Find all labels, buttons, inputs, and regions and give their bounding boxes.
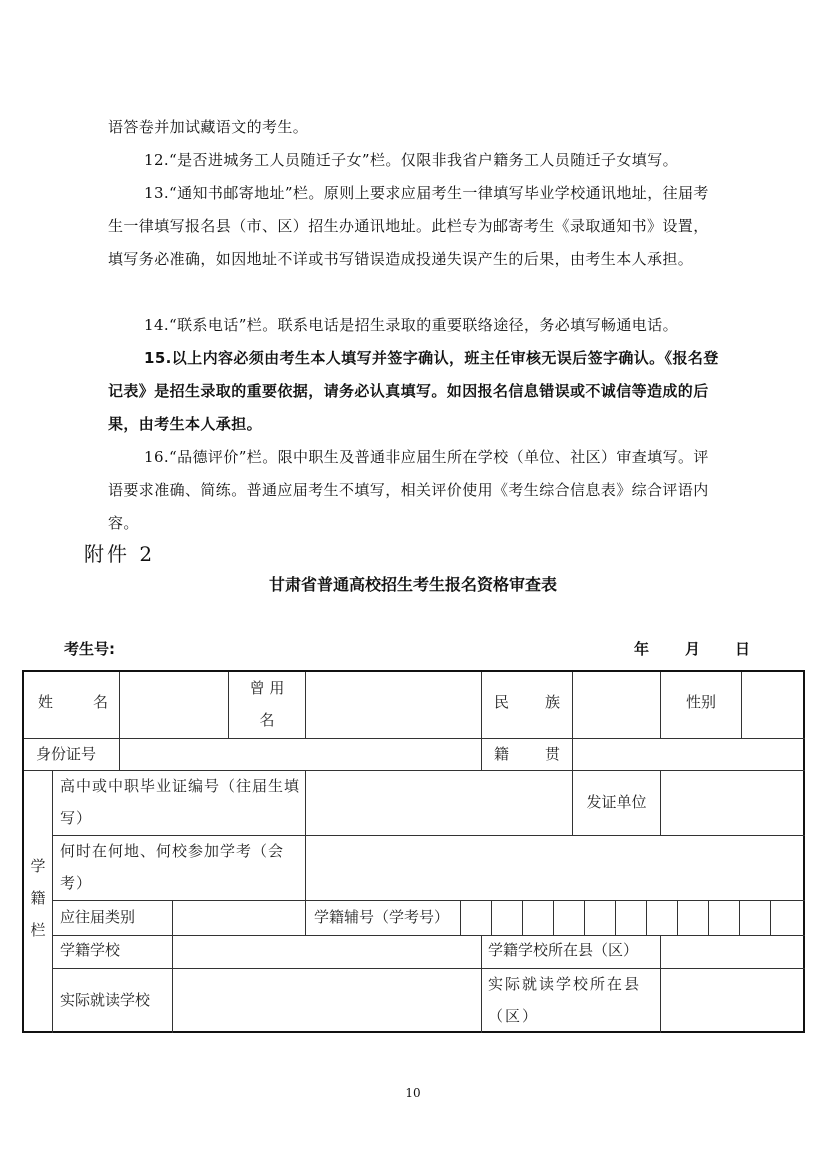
ethnicity-label-char: 民 [494, 686, 509, 718]
category-field[interactable] [173, 901, 305, 935]
date-month-label: 月 [685, 638, 700, 659]
section-label-char: 栏 [24, 914, 52, 946]
diploma-number-label: 高中或中职毕业证编号（往届生填写） [60, 770, 304, 834]
col-divider [481, 935, 482, 1033]
section-label-char: 籍 [24, 882, 52, 914]
native-place-label-char: 籍 [494, 738, 509, 770]
student-number-box[interactable] [461, 901, 491, 935]
date-year-label: 年 [634, 638, 649, 659]
student-number-box[interactable] [771, 901, 805, 935]
gender-label: 性别 [661, 686, 741, 718]
date-day-label: 日 [735, 638, 750, 659]
native-place-label: 籍 贯 [494, 738, 560, 770]
student-number-label: 学籍辅号（学考号） [314, 901, 449, 933]
exam-history-label: 何时在何地、何校参加学考（会考） [60, 835, 304, 899]
student-number-box[interactable] [678, 901, 708, 935]
actual-school-label: 实际就读学校 [60, 984, 150, 1016]
student-number-box[interactable] [523, 901, 553, 935]
col-divider [481, 672, 482, 770]
instruction-paragraph: 13.“通知书邮寄地址”栏。原则上要求应届考生一律填写毕业学校通讯地址，往届考生… [108, 177, 720, 276]
id-number-field[interactable] [120, 739, 481, 770]
issuer-field[interactable] [661, 771, 805, 835]
native-place-field[interactable] [573, 739, 805, 770]
category-label: 应往届类别 [60, 901, 135, 933]
instruction-paragraph: 16.“品德评价”栏。限中职生及普通非应届生所在学校（单位、社区）审查填写。评语… [108, 441, 720, 540]
id-number-label: 身份证号 [36, 738, 96, 770]
section-col-divider [52, 770, 53, 1033]
instruction-paragraph-bold: 15.以上内容必须由考生本人填写并签字确认，班主任审核无误后签字确认。《报名登记… [108, 342, 720, 441]
ethnicity-label: 民 族 [494, 686, 560, 718]
exam-number-label: 考生号: [64, 638, 115, 659]
actual-school-field[interactable] [173, 969, 481, 1033]
form-title: 甘肃省普通高校招生考生报名资格审查表 [0, 572, 826, 595]
student-number-box[interactable] [709, 901, 739, 935]
student-status-section-label: 学 籍 栏 [24, 850, 52, 946]
former-name-label: 曾 用 名 [229, 672, 305, 736]
instruction-paragraph: 14.“联系电话”栏。联系电话是招生录取的重要联络途径，务必填写畅通电话。 [108, 309, 720, 342]
ethnicity-field[interactable] [573, 672, 660, 738]
student-number-box[interactable] [740, 901, 770, 935]
actual-school-county-label: 实际就读学校所在县（区） [488, 968, 658, 1032]
student-number-box[interactable] [492, 901, 522, 935]
former-name-label-line2: 名 [229, 704, 305, 736]
diploma-number-field[interactable] [306, 771, 572, 835]
name-field[interactable] [120, 672, 228, 738]
attachment-label: 附件 2 [84, 538, 155, 567]
name-label-char: 名 [93, 686, 108, 718]
school-label: 学籍学校 [60, 934, 120, 966]
issuer-label: 发证单位 [573, 786, 660, 818]
school-field[interactable] [173, 936, 481, 968]
name-label-char: 姓 [38, 686, 53, 718]
section-label-char: 学 [24, 850, 52, 882]
school-county-label: 学籍学校所在县（区） [488, 934, 638, 966]
student-number-box[interactable] [616, 901, 646, 935]
gender-field[interactable] [742, 672, 805, 738]
student-number-box[interactable] [647, 901, 677, 935]
name-label: 姓 名 [38, 686, 108, 718]
student-number-box[interactable] [585, 901, 615, 935]
former-name-label-line1: 曾 用 [229, 672, 305, 704]
student-number-box[interactable] [554, 901, 584, 935]
actual-school-county-field[interactable] [661, 969, 805, 1033]
instruction-paragraph: 语答卷并加试藏语文的考生。 [108, 111, 720, 144]
school-county-field[interactable] [661, 936, 805, 968]
exam-history-field[interactable] [306, 836, 805, 900]
ethnicity-label-char: 族 [545, 686, 560, 718]
page-number: 10 [0, 1086, 826, 1100]
instruction-paragraph: 12.“是否进城务工人员随迁子女”栏。仅限非我省户籍务工人员随迁子女填写。 [108, 144, 720, 177]
former-name-field[interactable] [306, 672, 481, 738]
native-place-label-char: 贯 [545, 738, 560, 770]
qualification-table: 姓 名 曾 用 名 民 族 性别 身份证号 籍 贯 学 籍 栏 高中或中职毕业证… [22, 670, 805, 1033]
